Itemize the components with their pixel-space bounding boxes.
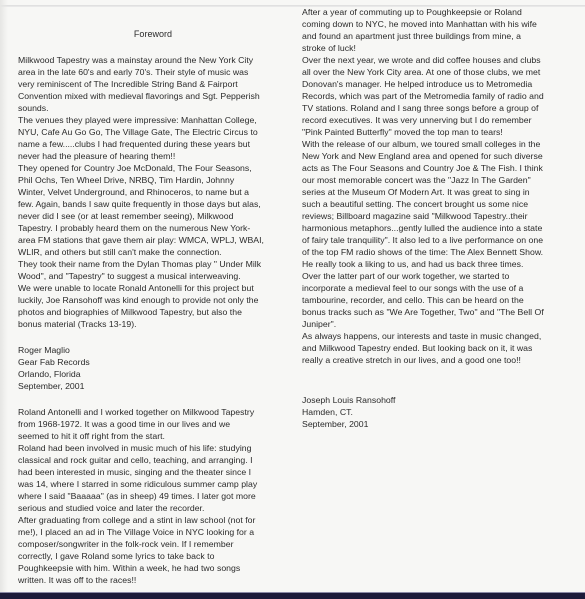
text-line: all over the New York City area. At one …	[302, 66, 578, 78]
text-line: stroke of luck!	[302, 42, 578, 54]
text-line: He really took a liking to us, and had u…	[302, 258, 578, 270]
text-line: acts as The Four Seasons and Country Joe…	[302, 162, 578, 174]
text-line: never had the pleasure of hearing them!!	[18, 150, 288, 162]
text-line: of the top FM radio shows of the time: T…	[302, 246, 578, 258]
text-line: record executives. It was very unnerving…	[302, 114, 578, 126]
text-line: was 14, where I starred in some ridiculo…	[18, 478, 288, 490]
text-line: With the release of our album, we toured…	[302, 138, 578, 150]
text-line: where I said "Baaaaa" (as in sheep) 49 t…	[18, 490, 288, 502]
text-line: Winter, Velvet Underground, and Rhinocer…	[18, 186, 288, 198]
text-line: sounds.	[18, 102, 288, 114]
bottom-edge-strip	[0, 592, 585, 599]
text-line: "Pink Painted Butterfly" moved the top m…	[302, 126, 578, 138]
recollection-body-left: Roland Antonelli and I worked together o…	[18, 406, 288, 586]
text-line: They took their name from the Dylan Thom…	[18, 258, 288, 270]
text-line: classical and rock guitar and cello, tea…	[18, 454, 288, 466]
signature-name: Joseph Louis Ransohoff	[302, 394, 578, 406]
text-line: composer/songwriter in the folk-rock vei…	[18, 538, 288, 550]
text-line: Over the next year, we wrote and did cof…	[302, 54, 578, 66]
text-line: coming down to NYC, he moved into Manhat…	[302, 18, 578, 30]
signature-date: September, 2001	[302, 418, 578, 430]
text-line: luckily, Joe Ransohoff was kind enough t…	[18, 294, 288, 306]
signature-location: Orlando, Florida	[18, 368, 288, 380]
text-line: written. It was off to the races!!	[18, 574, 288, 586]
text-line: After graduating from college and a stin…	[18, 514, 288, 526]
text-line: After a year of commuting up to Poughkee…	[302, 6, 578, 18]
text-line: photos and biographies of Milkwood Tapes…	[18, 306, 288, 318]
text-line: area FM stations that gave them air play…	[18, 234, 288, 246]
text-line: They opened for Country Joe McDonald, Th…	[18, 162, 288, 174]
text-line: few. Again, bands I saw quite frequently…	[18, 198, 288, 210]
text-line: The venues they played were impressive: …	[18, 114, 288, 126]
signature-name: Roger Maglio	[18, 344, 288, 356]
text-line: had been interested in music, singing an…	[18, 466, 288, 478]
text-line: seemed to hit it off right from the star…	[18, 430, 288, 442]
recollection-body-right: After a year of commuting up to Poughkee…	[302, 6, 578, 366]
text-line: Roland had been involved in music much o…	[18, 442, 288, 454]
text-line: Roland Antonelli and I worked together o…	[18, 406, 288, 418]
text-line: and found an apartment just three buildi…	[302, 30, 578, 42]
text-line: never did I see (or at least remember se…	[18, 210, 288, 222]
signature-date: September, 2001	[18, 380, 288, 392]
text-line: NYU, Cafe Au Go Go, The Village Gate, Th…	[18, 126, 288, 138]
text-line: really a creative stretch in our lives, …	[302, 354, 578, 366]
text-line: series at the Museum Of Modern Art. It w…	[302, 186, 578, 198]
text-line: New York and New England area and opened…	[302, 150, 578, 162]
text-line: serious and studied voice and later the …	[18, 502, 288, 514]
text-line: TV stations. Roland and I sang three son…	[302, 102, 578, 114]
signature-location: Hamden, CT.	[302, 406, 578, 418]
text-line: and Milkwood Tapestry ended. But looking…	[302, 342, 578, 354]
foreword-body: Milkwood Tapestry was a mainstay around …	[18, 54, 288, 330]
text-line: Poughkeepsie with him. Within a week, he…	[18, 562, 288, 574]
text-line: harmonious metaphors...gently lulled the…	[302, 222, 578, 234]
text-line: Records, which was part of the Metromedi…	[302, 90, 578, 102]
foreword-signature: Roger Maglio Gear Fab Records Orlando, F…	[18, 344, 288, 392]
text-line: Juniper".	[302, 318, 578, 330]
foreword-title: Foreword	[18, 28, 288, 40]
text-line: our most memorable concert was the "Jazz…	[302, 174, 578, 186]
text-line: correctly, I gave Roland some lyrics to …	[18, 550, 288, 562]
text-line: tambourine, recorder, and cello. This ca…	[302, 294, 578, 306]
text-line: Milkwood Tapestry was a mainstay around …	[18, 54, 288, 66]
text-line: Wood", and "Tapestry" to suggest a music…	[18, 270, 288, 282]
text-line: me!), I placed an ad in The Village Voic…	[18, 526, 288, 538]
text-line: Donovan's manager. He helped introduce u…	[302, 78, 578, 90]
text-line: from 1968-1972. It was a good time in ou…	[18, 418, 288, 430]
text-line: incorporate a medieval feel to our songs…	[302, 282, 578, 294]
text-line: Phil Ochs, Ten Wheel Drive, NRBQ, Tim Ha…	[18, 174, 288, 186]
text-line: We were unable to locate Ronald Antonell…	[18, 282, 288, 294]
recollection-signature: Joseph Louis Ransohoff Hamden, CT. Septe…	[302, 394, 578, 430]
text-line: very reminiscent of The Incredible Strin…	[18, 78, 288, 90]
text-line: Convention mixed with medieval flavoring…	[18, 90, 288, 102]
page-edge-shadow	[0, 0, 8, 592]
text-line: WLIR, and others but still can't make th…	[18, 246, 288, 258]
text-line: bonus tracks such as "We Are Together, T…	[302, 306, 578, 318]
text-line: Tapestry. I probably heard them on the n…	[18, 222, 288, 234]
text-line: area in the late 60's and early 70's. Th…	[18, 66, 288, 78]
text-line: name a few.....clubs I had frequented du…	[18, 138, 288, 150]
text-line: Over the latter part of our work togethe…	[302, 270, 578, 282]
text-line: reviews; Billboard magazine said "Milkwo…	[302, 210, 578, 222]
text-line: of fairy tale tranquility". It also led …	[302, 234, 578, 246]
text-line: As always happens, our interests and tas…	[302, 330, 578, 342]
signature-company: Gear Fab Records	[18, 356, 288, 368]
text-line: such a beautiful setting. The concert br…	[302, 198, 578, 210]
text-line: bonus material (Tracks 13-19).	[18, 318, 288, 330]
